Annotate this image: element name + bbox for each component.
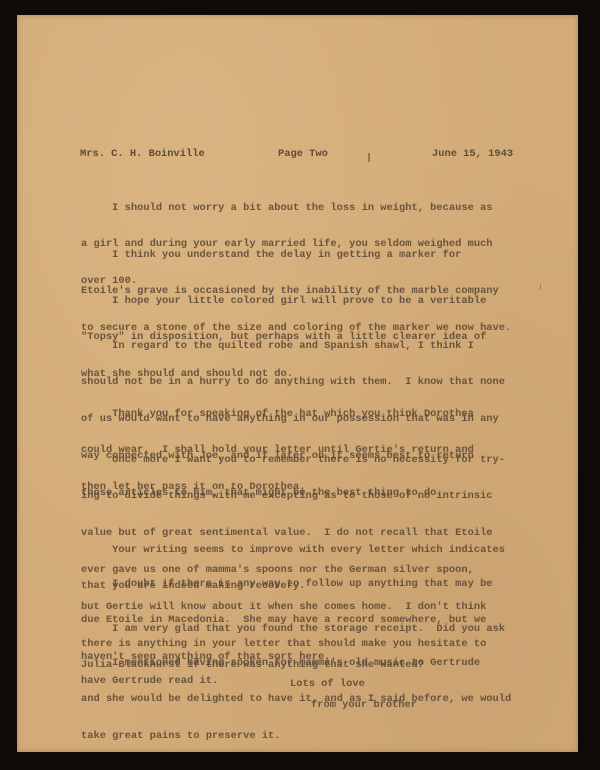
text-line: and she would be delighted to have it, a… — [81, 693, 511, 705]
text-line: I hope your little colored girl will pro… — [81, 295, 486, 307]
text-line: I doubt if there is any way to follow up… — [81, 578, 493, 590]
closing-salutation: Lots of love — [290, 678, 365, 690]
text-line: In regard to the quilted robe and Spanis… — [81, 340, 505, 352]
letter-date: June 15, 1943 — [432, 148, 513, 160]
letter-recipient: Mrs. C. H. Boinville — [80, 148, 205, 160]
closing-signature: from your brother — [311, 699, 417, 711]
text-line: ing to divide things with me excepting a… — [81, 490, 505, 502]
text-line: take great pains to preserve it. — [81, 730, 511, 742]
text-line: Once more I want you to remember there i… — [81, 454, 505, 466]
text-line: Thank you for speaking of the hat which … — [81, 408, 474, 420]
letter-paragraph: I mentioned having spoken for mamma's ol… — [81, 632, 511, 755]
ink-mark — [368, 153, 370, 162]
page-number: Page Two — [278, 148, 328, 160]
text-line: I should not worry a bit about the loss … — [81, 202, 493, 214]
text-line: I think you understand the delay in gett… — [81, 249, 511, 261]
ink-mark — [540, 284, 541, 290]
text-line: I mentioned having spoken for mamma's ol… — [81, 657, 511, 669]
